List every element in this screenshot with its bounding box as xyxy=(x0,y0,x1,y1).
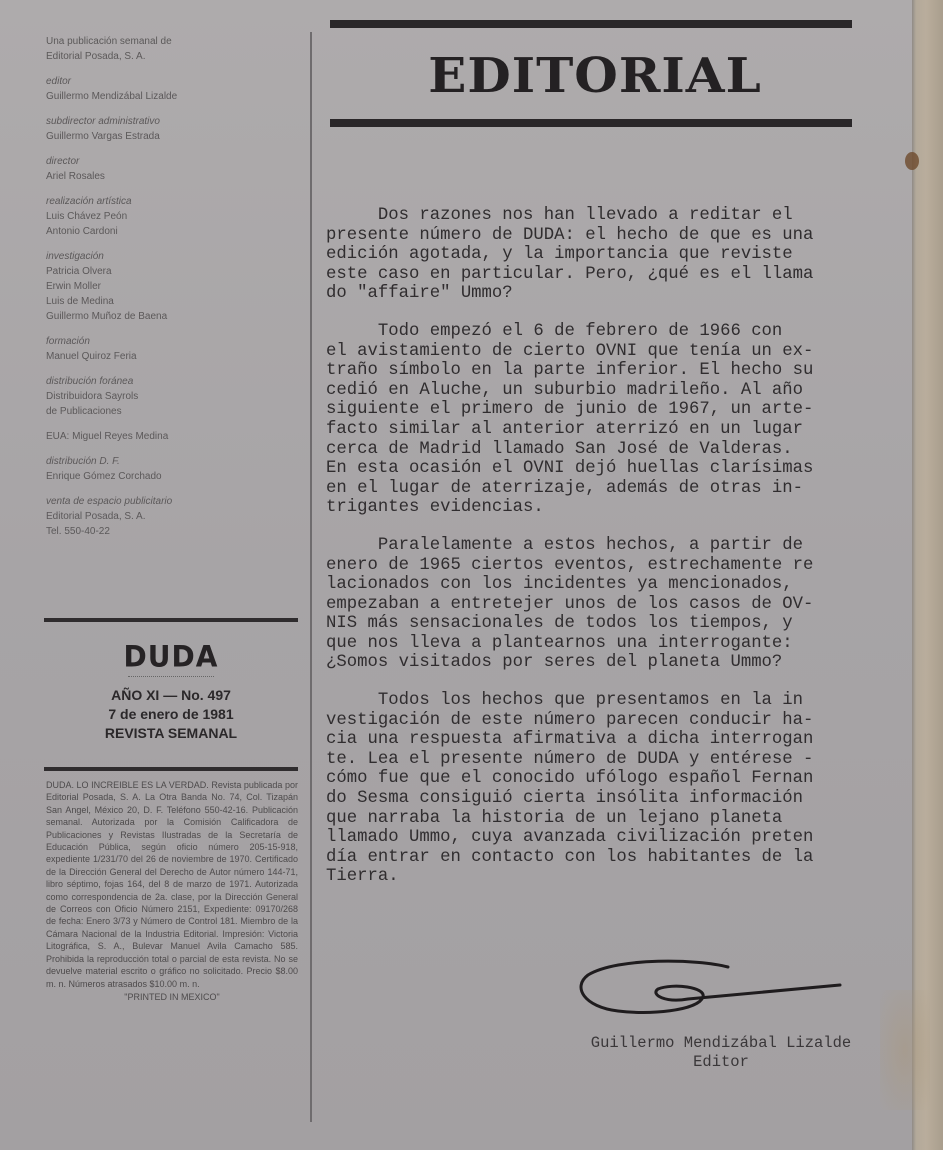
credit-entry: distribución foráneaDistribuidora Sayrol… xyxy=(46,374,301,419)
publication-type: REVISTA SEMANAL xyxy=(44,724,298,743)
credit-name: Distribuidora Sayrols xyxy=(46,389,301,404)
credit-role: realización artística xyxy=(46,194,301,209)
credit-name: Antonio Cardoni xyxy=(46,224,301,239)
duda-logo: DUDA xyxy=(44,641,298,673)
title-rule-top xyxy=(330,20,852,28)
credit-name: Editorial Posada, S. A. xyxy=(46,49,301,64)
credit-role: formación xyxy=(46,334,301,349)
issue-number: AÑO XI — No. 497 xyxy=(44,686,298,705)
credit-name: EUA: Miguel Reyes Medina xyxy=(46,429,301,444)
credit-role: editor xyxy=(46,74,301,89)
credit-role: venta de espacio publicitario xyxy=(46,494,301,509)
signature-icon xyxy=(578,955,848,1025)
editorial-paragraph: Dos razones nos han llevado a reditar el… xyxy=(326,206,892,304)
logo-underline xyxy=(128,676,214,678)
credit-entry: formaciónManuel Quiroz Feria xyxy=(46,334,301,364)
credit-name: Erwin Moller xyxy=(46,279,301,294)
credit-entry: investigaciónPatricia OlveraErwin Moller… xyxy=(46,249,301,324)
signature-block: Guillermo Mendizábal Lizalde Editor xyxy=(556,1034,886,1072)
credit-entry: directorAriel Rosales xyxy=(46,154,301,184)
credit-role: distribución D. F. xyxy=(46,454,301,469)
masthead-divider xyxy=(44,767,298,771)
credit-name: de Publicaciones xyxy=(46,404,301,419)
credit-name: Guillermo Mendizábal Lizalde xyxy=(46,89,301,104)
legal-text: DUDA. LO INCREIBLE ES LA VERDAD. Revista… xyxy=(46,779,298,990)
credit-name: Ariel Rosales xyxy=(46,169,301,184)
credit-role: director xyxy=(46,154,301,169)
credit-entry: subdirector administrativoGuillermo Varg… xyxy=(46,114,301,144)
credit-name: Guillermo Vargas Estrada xyxy=(46,129,301,144)
signature-name: Guillermo Mendizábal Lizalde xyxy=(556,1034,886,1053)
masthead-credits: Una publicación semanal deEditorial Posa… xyxy=(46,34,301,549)
issue-block: DUDA AÑO XI — No. 497 7 de enero de 1981… xyxy=(44,628,298,743)
paper-stain xyxy=(880,990,930,1110)
credit-name: Luis Chávez Peón xyxy=(46,209,301,224)
credit-name: Luis de Medina xyxy=(46,294,301,309)
page-edge xyxy=(912,0,943,1150)
credit-entry: distribución D. F.Enrique Gómez Corchado xyxy=(46,454,301,484)
credit-role: Una publicación semanal de xyxy=(46,34,301,49)
credit-name: Tel. 550-40-22 xyxy=(46,524,301,539)
legal-notice: DUDA. LO INCREIBLE ES LA VERDAD. Revista… xyxy=(46,779,298,1003)
credit-entry: venta de espacio publicitarioEditorial P… xyxy=(46,494,301,539)
credit-name: Editorial Posada, S. A. xyxy=(46,509,301,524)
signature-title: Editor xyxy=(556,1053,886,1072)
credit-entry: Una publicación semanal deEditorial Posa… xyxy=(46,34,301,64)
credit-role: distribución foránea xyxy=(46,374,301,389)
paper-stain xyxy=(905,152,919,170)
credit-role: subdirector administrativo xyxy=(46,114,301,129)
editorial-paragraph: Todos los hechos que presentamos en la i… xyxy=(326,691,892,887)
credit-entry: realización artísticaLuis Chávez PeónAnt… xyxy=(46,194,301,239)
masthead-divider xyxy=(44,618,298,622)
credit-name: Enrique Gómez Corchado xyxy=(46,469,301,484)
issue-date: 7 de enero de 1981 xyxy=(44,705,298,724)
editorial-paragraph: Todo empezó el 6 de febrero de 1966 con … xyxy=(326,322,892,518)
editorial-body: Dos razones nos han llevado a reditar el… xyxy=(326,206,892,905)
editorial-title: EDITORIAL xyxy=(330,46,860,107)
editorial-paragraph: Paralelamente a estos hechos, a partir d… xyxy=(326,536,892,673)
credit-entry: editorGuillermo Mendizábal Lizalde xyxy=(46,74,301,104)
credit-name: Guillermo Muñoz de Baena xyxy=(46,309,301,324)
credit-name: Patricia Olvera xyxy=(46,264,301,279)
credit-entry: EUA: Miguel Reyes Medina xyxy=(46,429,301,444)
title-rule-bottom xyxy=(330,119,852,127)
column-divider xyxy=(310,32,312,1122)
credit-role: investigación xyxy=(46,249,301,264)
credit-name: Manuel Quiroz Feria xyxy=(46,349,301,364)
printed-in-mexico: "PRINTED IN MEXICO" xyxy=(46,991,298,1003)
